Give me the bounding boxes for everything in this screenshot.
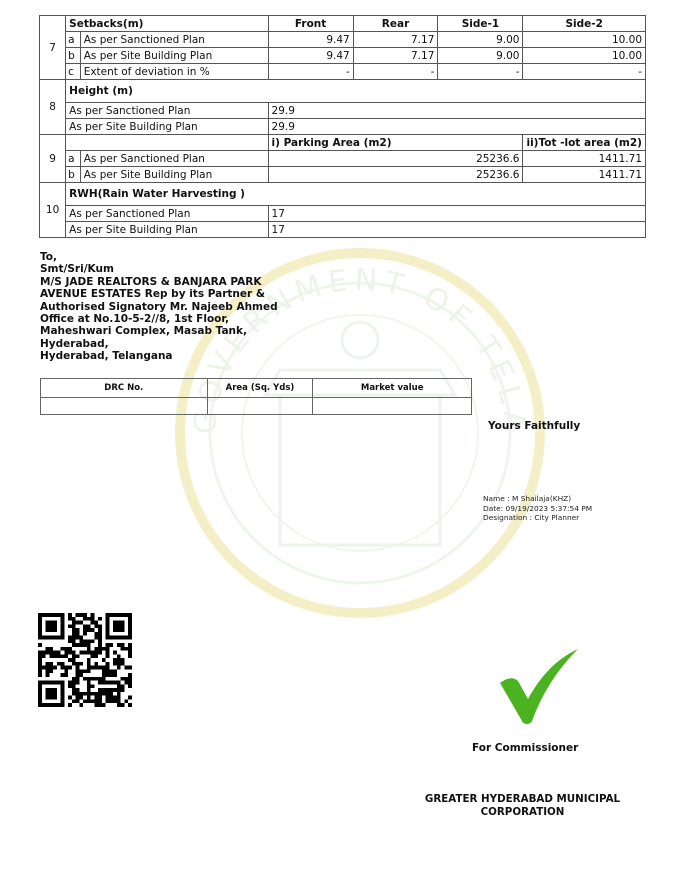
- row-number: 8: [40, 80, 66, 135]
- row-number: 7: [40, 16, 66, 80]
- digital-signature-block: Name : M Shailaja(KHZ) Date: 09/19/2023 …: [483, 494, 592, 523]
- totlot-area-header: ii)Tot -lot area (m2): [523, 135, 646, 151]
- area-header: Area (Sq. Yds): [207, 379, 313, 398]
- rwh-title: RWH(Rain Water Harvesting ): [66, 183, 646, 206]
- setbacks-title: Setbacks(m): [66, 16, 268, 32]
- drc-no-header: DRC No.: [41, 379, 208, 398]
- col-rear: Rear: [353, 16, 438, 32]
- qr-code[interactable]: [38, 613, 132, 707]
- drc-table: DRC No. Area (Sq. Yds) Market value: [40, 378, 472, 415]
- green-checkmark-icon: [498, 647, 580, 725]
- closing-text: Yours Faithfully: [488, 420, 580, 432]
- table-row: c Extent of deviation in % - - - -: [40, 64, 646, 80]
- signer-name: Name : M Shailaja(KHZ): [483, 494, 592, 504]
- signed-date: Date: 09/19/2023 5:37:54 PM: [483, 504, 592, 514]
- area-value: [207, 398, 313, 415]
- table-row: As per Sanctioned Plan 17: [40, 206, 646, 222]
- col-side1: Side-1: [438, 16, 523, 32]
- col-side2: Side-2: [523, 16, 646, 32]
- signer-designation: Designation : City Planner: [483, 513, 592, 523]
- parking-area-header: i) Parking Area (m2): [268, 135, 523, 151]
- table-row: As per Site Building Plan 29.9: [40, 119, 646, 135]
- table-row: As per Sanctioned Plan 29.9: [40, 103, 646, 119]
- for-commissioner-label: For Commissioner: [472, 742, 578, 754]
- row-number: 9: [40, 135, 66, 183]
- drc-no-value: [41, 398, 208, 415]
- table-row: As per Site Building Plan 17: [40, 222, 646, 238]
- recipient-address: To, Smt/Sri/Kum M/S JADE REALTORS & BANJ…: [40, 251, 278, 363]
- market-value-header: Market value: [313, 379, 472, 398]
- table-row: b As per Site Building Plan 25236.6 1411…: [40, 167, 646, 183]
- table-row: b As per Site Building Plan 9.47 7.17 9.…: [40, 48, 646, 64]
- market-value-value: [313, 398, 472, 415]
- setbacks-height-table: 7 Setbacks(m) Front Rear Side-1 Side-2 a…: [39, 15, 646, 238]
- row-number: 10: [40, 183, 66, 238]
- table-row: a As per Sanctioned Plan 9.47 7.17 9.00 …: [40, 32, 646, 48]
- organization-name: GREATER HYDERABAD MUNICIPAL CORPORATION: [420, 793, 625, 818]
- table-row: a As per Sanctioned Plan 25236.6 1411.71: [40, 151, 646, 167]
- col-front: Front: [268, 16, 353, 32]
- height-title: Height (m): [66, 80, 646, 103]
